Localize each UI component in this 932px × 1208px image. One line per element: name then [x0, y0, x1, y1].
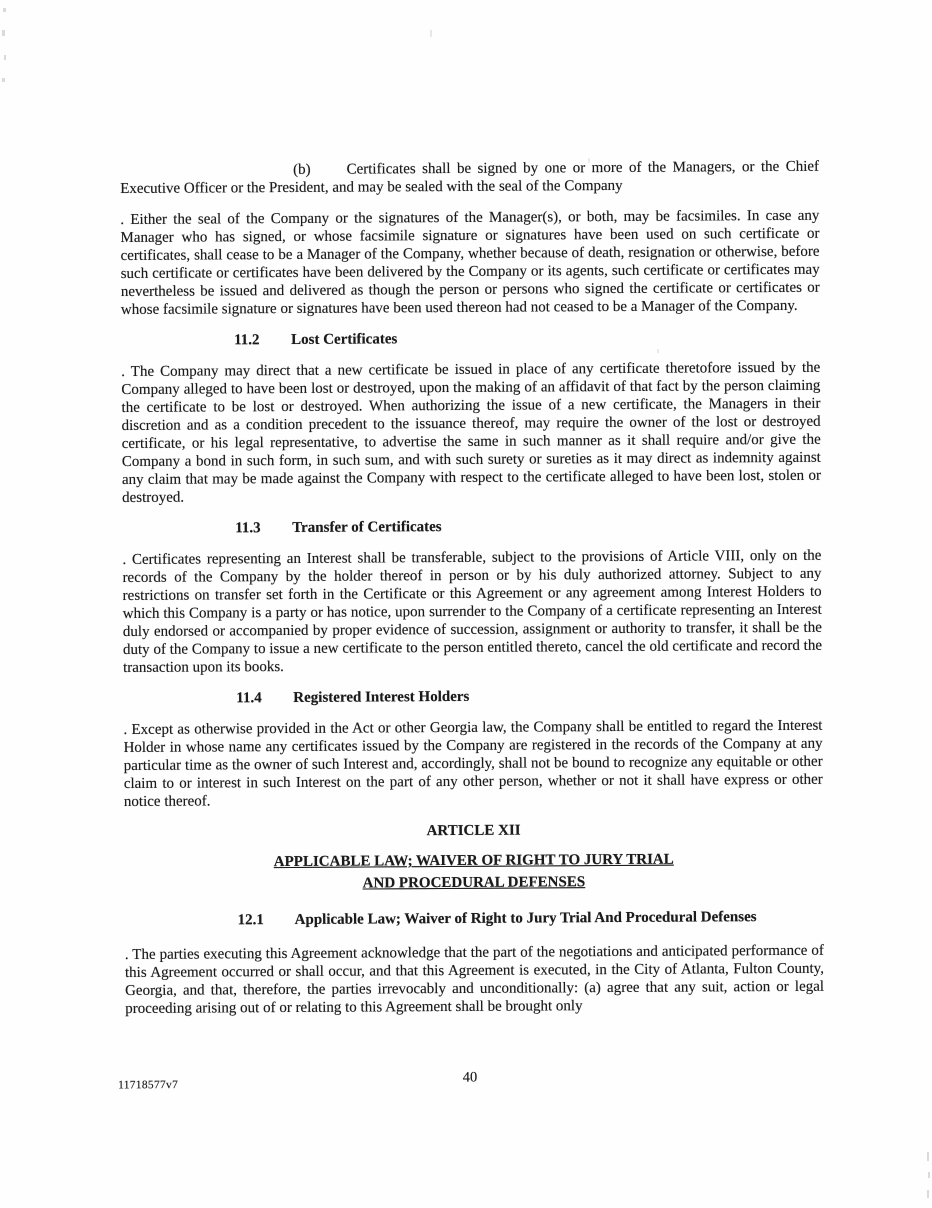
scan-artifact — [927, 1152, 929, 1161]
paragraph-text: Certificates shall be signed by one or m… — [120, 159, 819, 197]
section-title: Registered Interest Holders — [293, 689, 469, 706]
section-heading-11-2: 11.2Lost Certificates — [234, 328, 820, 350]
section-title: Transfer of Certificates — [292, 519, 441, 536]
page-number: 40 — [440, 1069, 500, 1086]
document-body: (b)Certificates shall be signed by one o… — [120, 158, 824, 1031]
section-title: Applicable Law; Waiver of Right to Jury … — [295, 909, 757, 928]
section-number: 12.1 — [238, 911, 295, 929]
first-line-indent — [120, 174, 293, 175]
article-title: APPLICABLE LAW; WAIVER OF RIGHT TO JURY … — [124, 848, 823, 896]
paragraph-certificates-signed: (b)Certificates shall be signed by one o… — [120, 158, 819, 198]
section-heading-11-3: 11.3Transfer of Certificates — [235, 516, 821, 538]
paragraph-facsimile-signatures: . Either the seal of the Company or the … — [120, 207, 820, 319]
section-heading-11-4: 11.4Registered Interest Holders — [236, 686, 822, 708]
scan-artifact — [430, 30, 432, 37]
article-title-line-2: AND PROCEDURAL DEFENSES — [363, 874, 586, 891]
scan-artifact — [2, 30, 5, 36]
article-heading: ARTICLE XII — [124, 820, 823, 842]
scan-artifact — [3, 8, 6, 12]
document-id: 11718577v7 — [118, 1079, 178, 1091]
paragraph-applicable-law: . The parties executing this Agreement a… — [125, 942, 824, 1018]
scanned-document-page: (b)Certificates shall be signed by one o… — [0, 0, 932, 1208]
paragraph-lost-certificates: . The Company may direct that a new cert… — [121, 359, 821, 507]
scan-artifact — [2, 78, 5, 82]
paragraph-registered-interest-holders: . Except as otherwise provided in the Ac… — [123, 717, 823, 811]
paragraph-transfer-of-certificates: . Certificates representing an Interest … — [122, 547, 822, 677]
section-number: 11.2 — [234, 331, 291, 349]
scan-artifact — [4, 55, 6, 60]
section-heading-12-1: 12.1Applicable Law; Waiver of Right to J… — [238, 908, 824, 930]
scan-artifact — [927, 1190, 929, 1198]
section-number: 11.3 — [235, 519, 292, 537]
scan-artifact — [928, 1172, 930, 1178]
page-footer: 11718577v7 40 — [0, 1067, 932, 1072]
section-number: 11.4 — [236, 689, 293, 707]
subsection-label: (b) — [293, 162, 311, 178]
article-title-line-1: APPLICABLE LAW; WAIVER OF RIGHT TO JURY … — [274, 852, 674, 870]
section-title: Lost Certificates — [291, 331, 397, 348]
